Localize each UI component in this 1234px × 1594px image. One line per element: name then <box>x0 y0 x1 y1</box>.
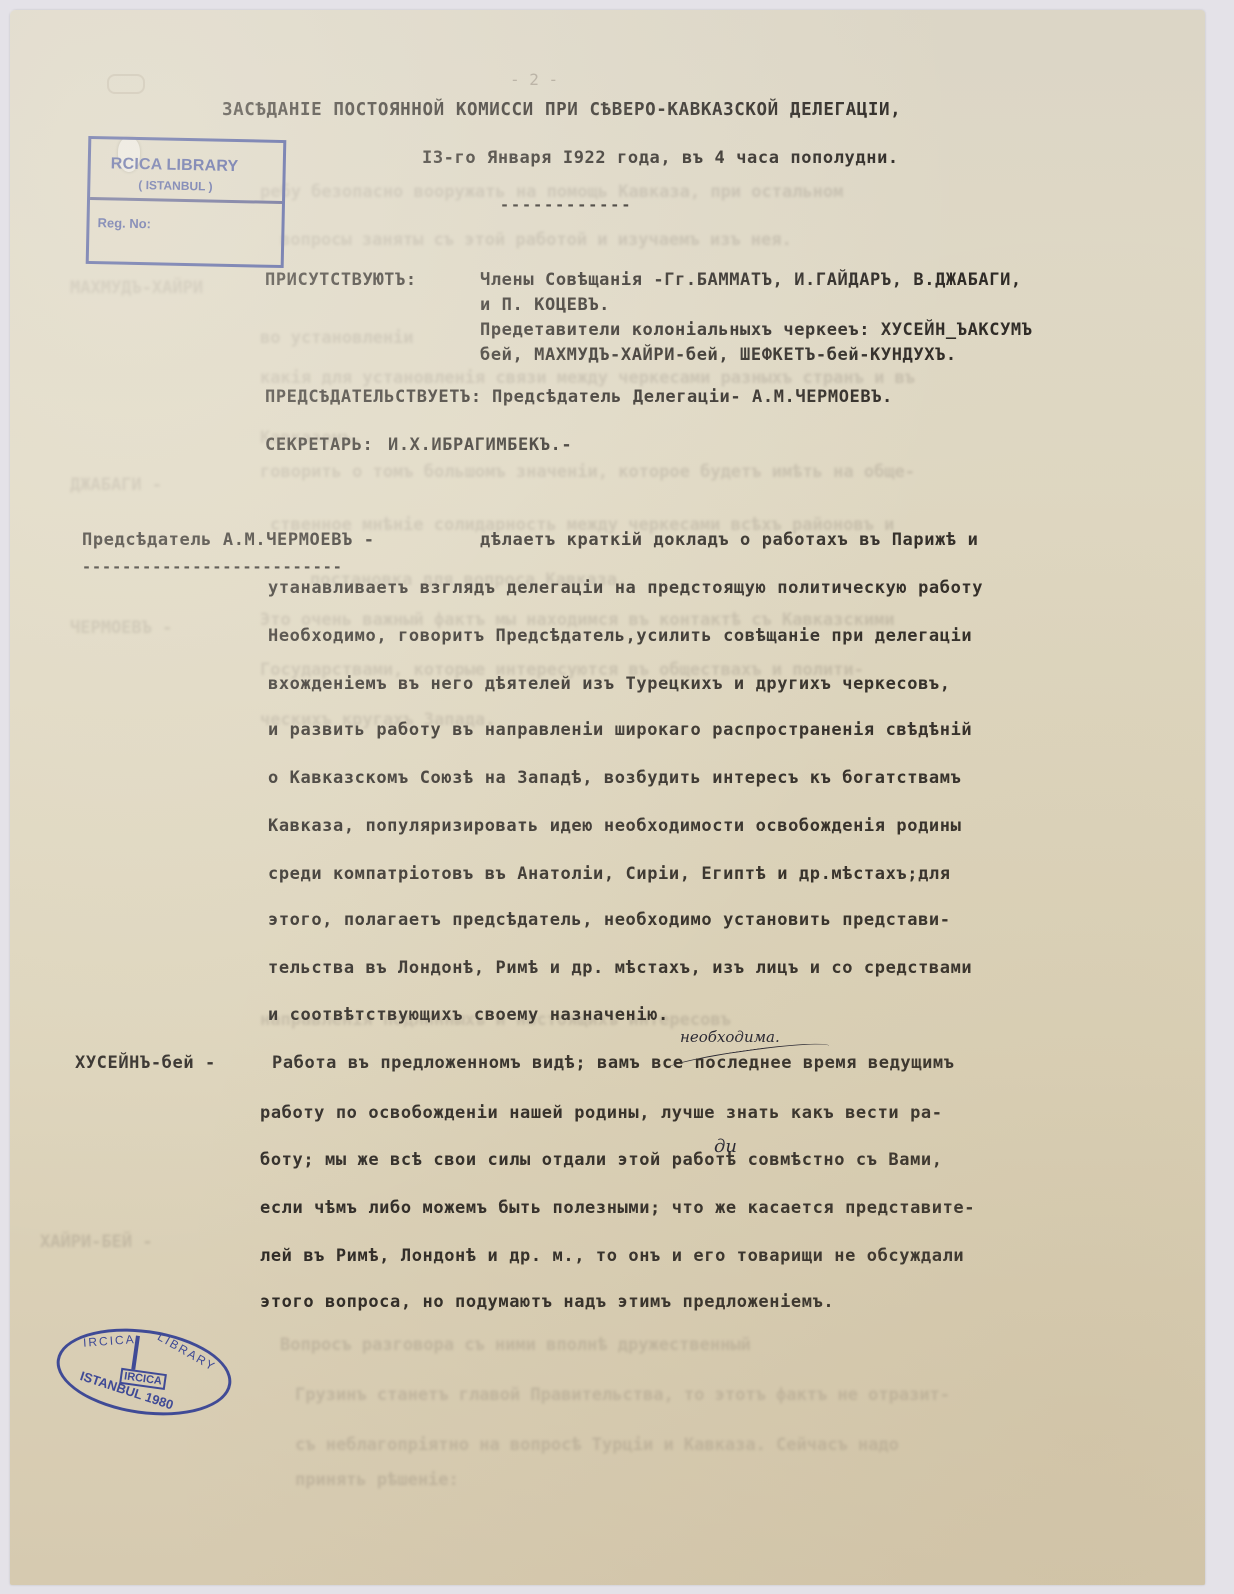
present-line: бей, МАХМУДЪ-ХАЙРИ-бей, ШЕФКЕТЪ-бей-КУНД… <box>480 345 957 365</box>
bleed-line: вопросы заняты съ этой работой и изучаем… <box>280 230 792 250</box>
bleed-line: МАХМУДЪ-ХАЙРИ <box>70 278 203 298</box>
bleed-line: принять рѣшеніе: <box>295 1470 459 1490</box>
bleed-line: во установленіи <box>260 328 414 348</box>
stamp-city: ( ISTANBUL ) <box>138 178 212 194</box>
bleed-line: Вопросъ разговора съ ними вполнѣ дружест… <box>280 1335 751 1355</box>
document-page: ребу безопасно вооружать на помощь Кавка… <box>10 10 1205 1585</box>
speech-line: работу по освобожденіи нашей родины, луч… <box>260 1103 943 1123</box>
bleed-line: ДЖАБАГИ - <box>70 475 162 495</box>
speech-line: боту; мы же всѣ свои силы отдали этой ра… <box>260 1150 943 1170</box>
library-oval-stamp: IRCICA LIBRARY IRCICA ISTANBUL 1980 <box>51 1318 237 1426</box>
speech-line: вхожденіемъ въ него дѣятелей изъ Турецки… <box>268 674 951 694</box>
speaker-husein: ХУСЕЙНЪ-бей - <box>75 1053 216 1073</box>
speech-line: лей въ Римѣ, Лондонѣ и др. м., то онъ и … <box>260 1246 964 1266</box>
speech-line: Необходимо, говоритъ Предсѣдатель,усилит… <box>268 626 972 646</box>
registration-stamp: RCICA LIBRARY ( ISTANBUL ) Reg. No: <box>86 136 287 268</box>
bleed-line: Грузинъ станетъ главой Правительства, то… <box>295 1385 950 1405</box>
present-line: и П. КОЦЕВЪ. <box>480 295 610 315</box>
speech-line: утанавливаетъ взглядъ делегаціи на предс… <box>268 578 983 598</box>
speech-line: Кавказа, популяризировать идею необходим… <box>268 816 961 836</box>
speaker-underline: -------------------------- <box>82 558 343 576</box>
bleed-line: ЧЕРМОЕВЪ - <box>70 618 172 638</box>
bleed-line: ХАЙРИ-БЕЙ - <box>40 1232 153 1252</box>
speech-line: дѣлаетъ краткій докладъ о работахъ въ Па… <box>480 530 978 550</box>
speech-line: среди компатріотовъ въ Анатоліи, Сиріи, … <box>268 864 951 884</box>
chair-label: ПРЕДСѢДАТЕЛЬСТВУЕТЪ: <box>265 387 482 407</box>
oval-stamp-right-text: LIBRARY <box>155 1329 218 1374</box>
bleed-line: говорить о томъ большомъ значеніи, котор… <box>260 462 915 482</box>
stamp-library-name: RCICA LIBRARY <box>111 155 239 176</box>
present-label: ПРИСУТСТВУЮТЪ: <box>265 270 417 290</box>
speech-line: если чѣмъ либо можемъ быть полезными; чт… <box>260 1198 975 1218</box>
speech-line: и развить работу въ направленіи широкаго… <box>268 720 972 740</box>
speech-line: этого, полагаетъ предсѣдатель, необходим… <box>268 910 951 930</box>
speech-line: о Кавказскомъ Союзѣ на Западѣ, возбудить… <box>268 768 961 788</box>
chair-value: Предсѣдатель Делегаціи- А.М.ЧЕРМОЕВЪ. <box>492 387 893 407</box>
secretary-label: СЕКРЕТАРЬ: <box>265 435 373 455</box>
title-rule: ------------ <box>500 196 632 214</box>
oval-stamp-left-text: IRCICA <box>83 1332 137 1350</box>
bleed-line: съ неблагопріятно на вопросѣ Турціи и Ка… <box>295 1435 899 1455</box>
speech-line: тельства въ Лондонѣ, Римѣ и др. мѣстахъ,… <box>268 958 972 978</box>
speaker-chairman: Предсѣдатель А.М.ЧЕРМОЕВЪ - <box>82 530 375 550</box>
present-line: Предетавители колоніальныхъ черкеeъ: ХУС… <box>480 320 1033 340</box>
present-line: Члены Совѣщанія -Гг.БАММАТЪ, И.ГАЙДАРЪ, … <box>480 270 1022 290</box>
secretary-value: И.Х.ИБРАГИМБЕКЪ.- <box>388 435 572 455</box>
page-number: - 2 - <box>510 70 558 89</box>
speech-line: и соотвѣтствующихъ своему назначенію. <box>268 1005 669 1025</box>
handwritten-insert: необходима. <box>680 1028 780 1046</box>
stamp-divider <box>90 197 282 204</box>
document-date: I3-го Января I922 года, въ 4 часа пополу… <box>422 148 899 168</box>
punch-hole-mark <box>107 74 145 94</box>
speech-line: этого вопроса, но подумаютъ надъ этимъ п… <box>260 1292 834 1312</box>
bleed-line: какія для установленія связи между черке… <box>260 368 915 388</box>
handwritten-correction: ди <box>714 1136 737 1157</box>
stamp-reg-label: Reg. No: <box>97 215 151 231</box>
speech-line: Работа въ предложенномъ видѣ; вамъ все п… <box>272 1053 955 1073</box>
document-title: ЗАСѢДАНІЕ ПОСТОЯННОЙ КОМИССИ ПРИ СѢВЕРО-… <box>222 100 901 120</box>
